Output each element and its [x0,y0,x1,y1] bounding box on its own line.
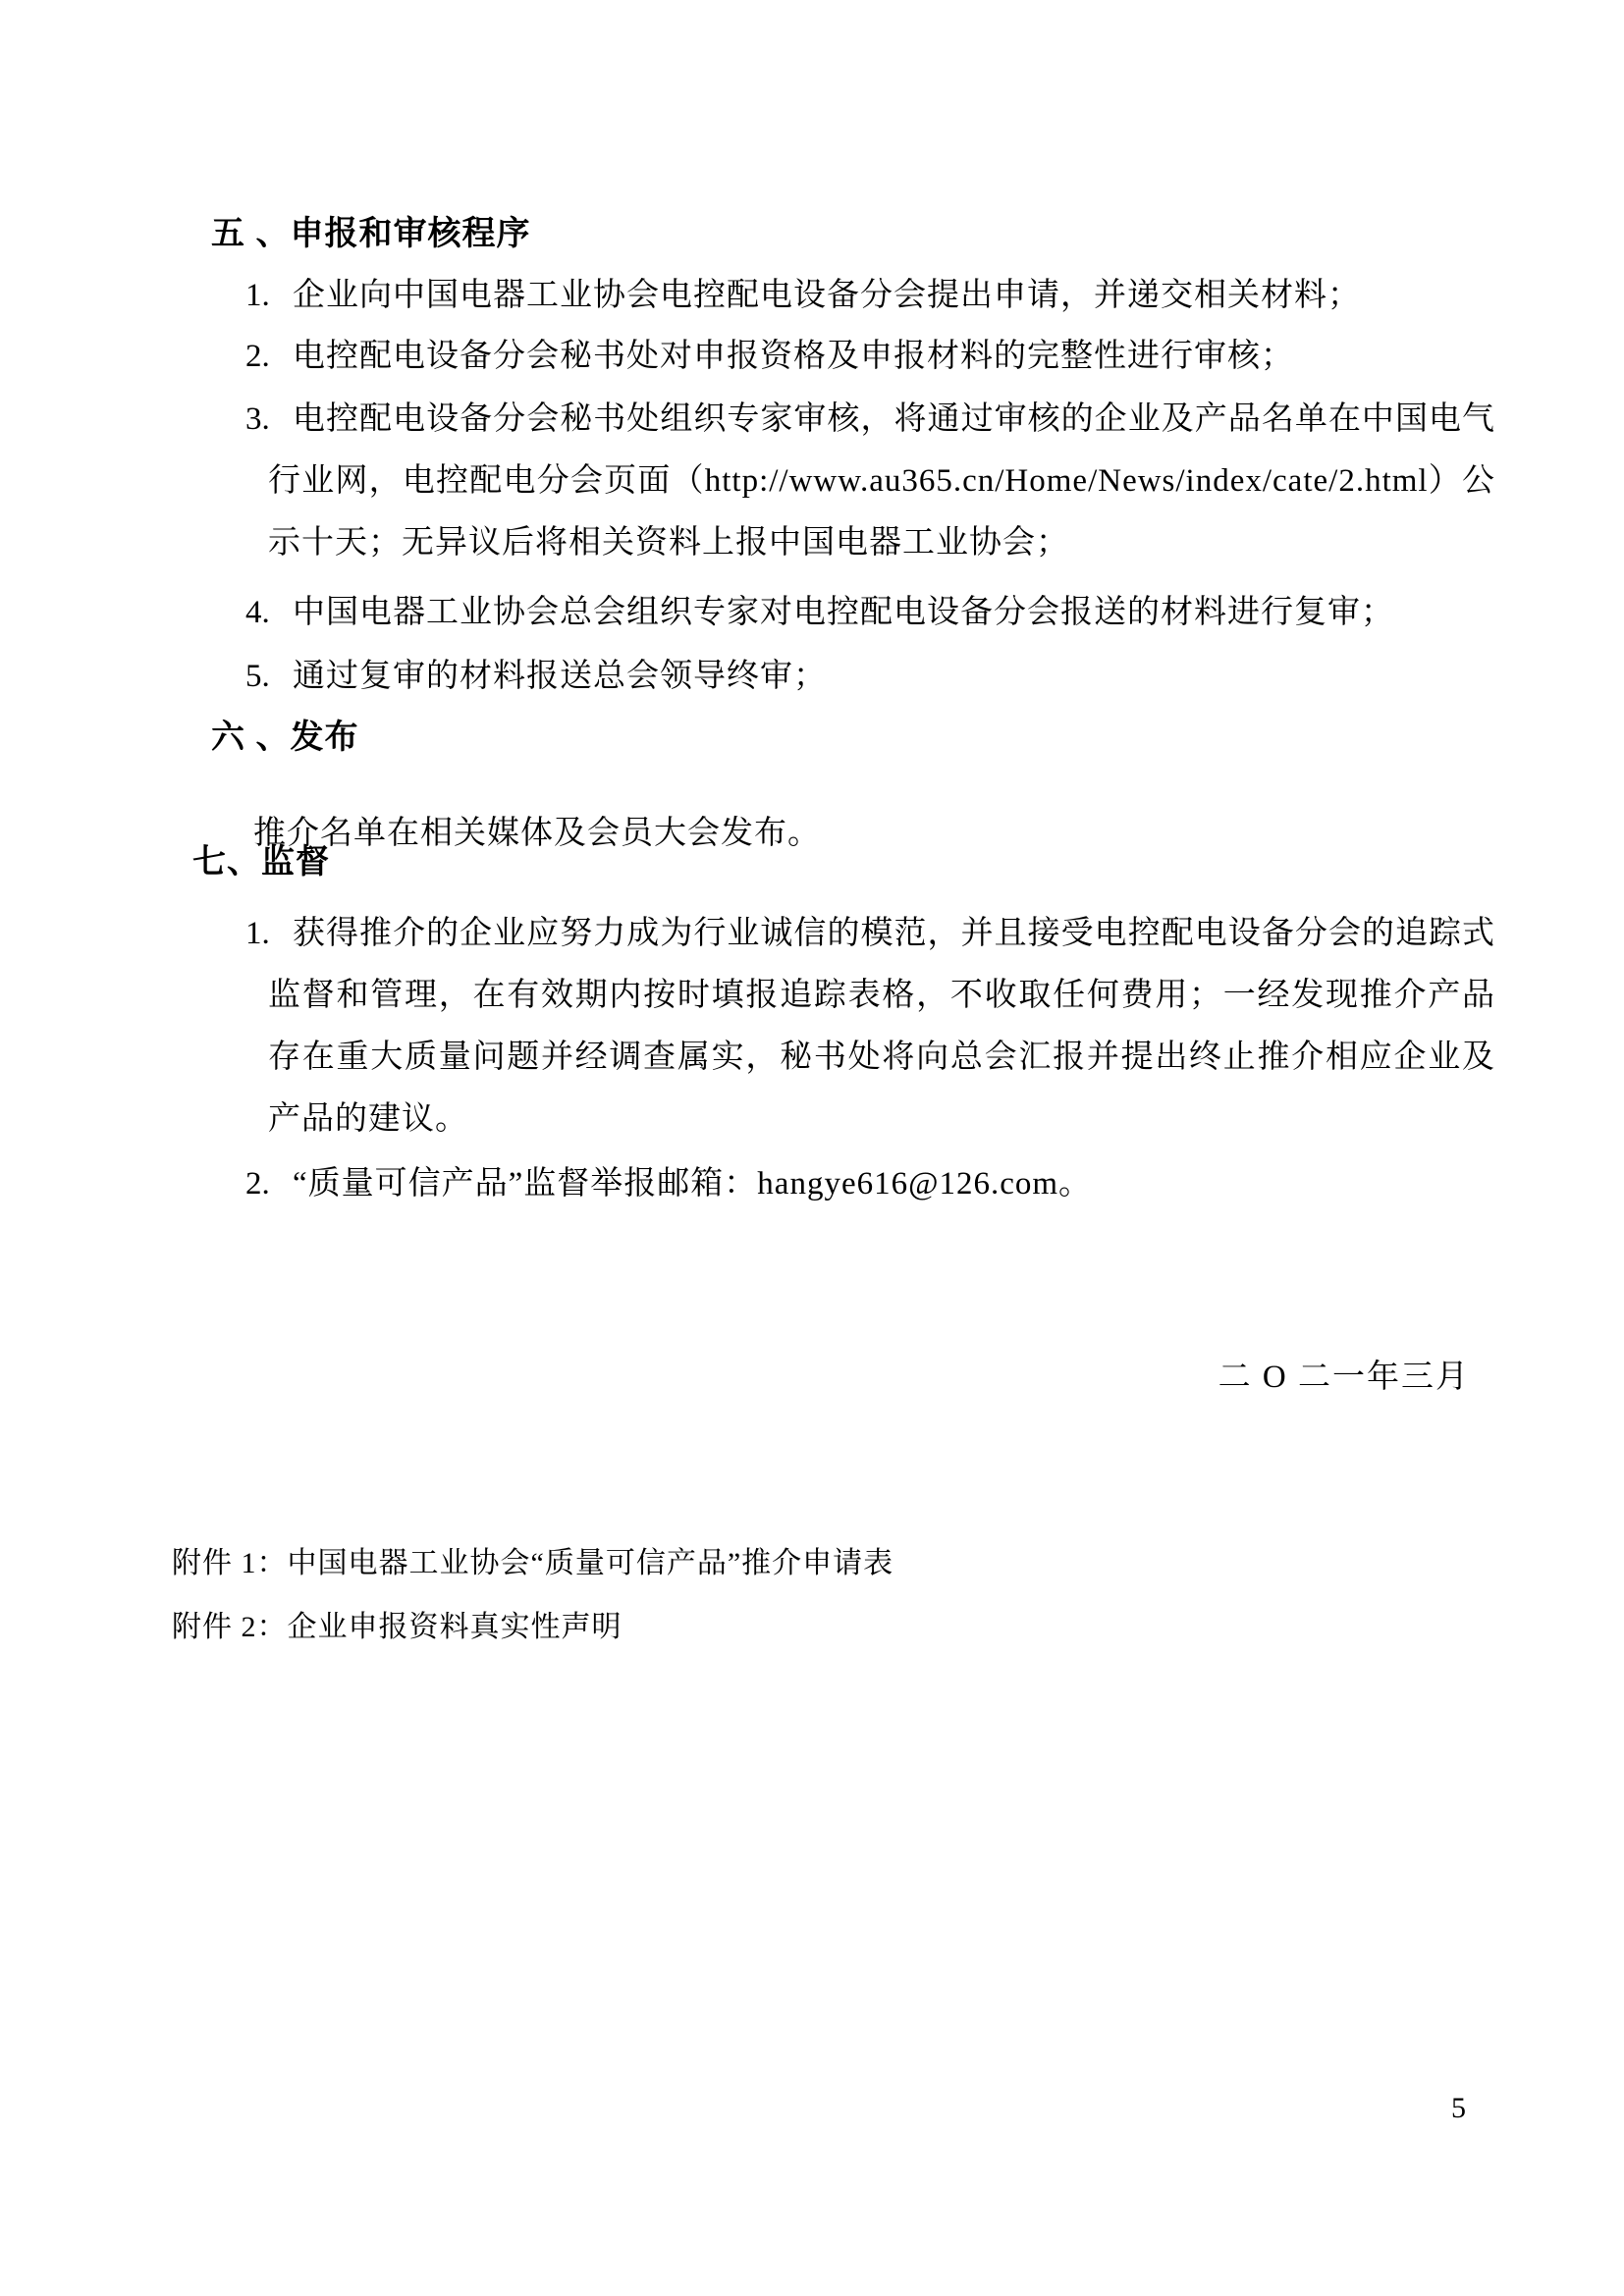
list-item-text: 获得推介的企业应努力成为行业诚信的模范，并且接受电控配电设备分会的追踪式监督和管… [268,916,1495,1137]
list-item-text: 电控配电设备分会秘书处对申报资格及申报材料的完整性进行审核； [293,339,1294,374]
section-heading-5: 五 、申报和审核程序 [211,203,530,265]
attachment-1: 附件 1：中国电器工业协会“质量可信产品”推介申请表 [172,1534,893,1593]
list-item-text: 企业向中国电器工业协会电控配电设备分会提出申请，并递交相关材料； [293,278,1361,313]
section-heading-7: 七、监督 [192,831,330,893]
list-item-number: 3. [245,389,270,451]
list-item-number: 2. [245,326,270,388]
list-item: 5.通过复审的材料报送总会领导终审； [268,646,1495,708]
list-item: 4.中国电器工业协会总会组织专家对电控配电设备分会报送的材料进行复审； [268,582,1495,644]
section-heading-6: 六 、发布 [211,707,358,769]
list-item-number: 1. [245,903,270,965]
list-item: 2.“质量可信产品”监督举报邮箱：hangye616@126.com。 [268,1153,1495,1215]
list-item-number: 4. [245,582,270,644]
list-item: 2.电控配电设备分会秘书处对申报资格及申报材料的完整性进行审核； [268,326,1495,388]
page-number: 5 [1451,2089,1466,2128]
list-item-text: 电控配电设备分会秘书处组织专家审核，将通过审核的企业及产品名单在中国电气行业网，… [268,401,1495,561]
list-item-text: “质量可信产品”监督举报邮箱：hangye616@126.com。 [293,1166,1092,1201]
list-item-number: 5. [245,646,270,708]
list-item: 1.企业向中国电器工业协会电控配电设备分会提出申请，并递交相关材料； [268,265,1495,327]
document-date: 二 O 二一年三月 [1218,1347,1470,1409]
list-item-number: 2. [245,1153,270,1215]
attachment-2: 附件 2：企业申报资料真实性声明 [172,1598,623,1657]
list-item-number: 1. [245,265,270,327]
section-6-paragraph: 推介名单在相关媒体及会员大会发布。 [253,803,821,865]
document-page: 五 、申报和审核程序 1.企业向中国电器工业协会电控配电设备分会提出申请，并递交… [0,0,1624,2296]
list-item-text: 通过复审的材料报送总会领导终审； [293,659,827,694]
list-item: 3.电控配电设备分会秘书处组织专家审核，将通过审核的企业及产品名单在中国电气行业… [268,389,1495,574]
list-item: 1.获得推介的企业应努力成为行业诚信的模范，并且接受电控配电设备分会的追踪式监督… [268,903,1495,1150]
list-item-text: 中国电器工业协会总会组织专家对电控配电设备分会报送的材料进行复审； [293,595,1394,630]
